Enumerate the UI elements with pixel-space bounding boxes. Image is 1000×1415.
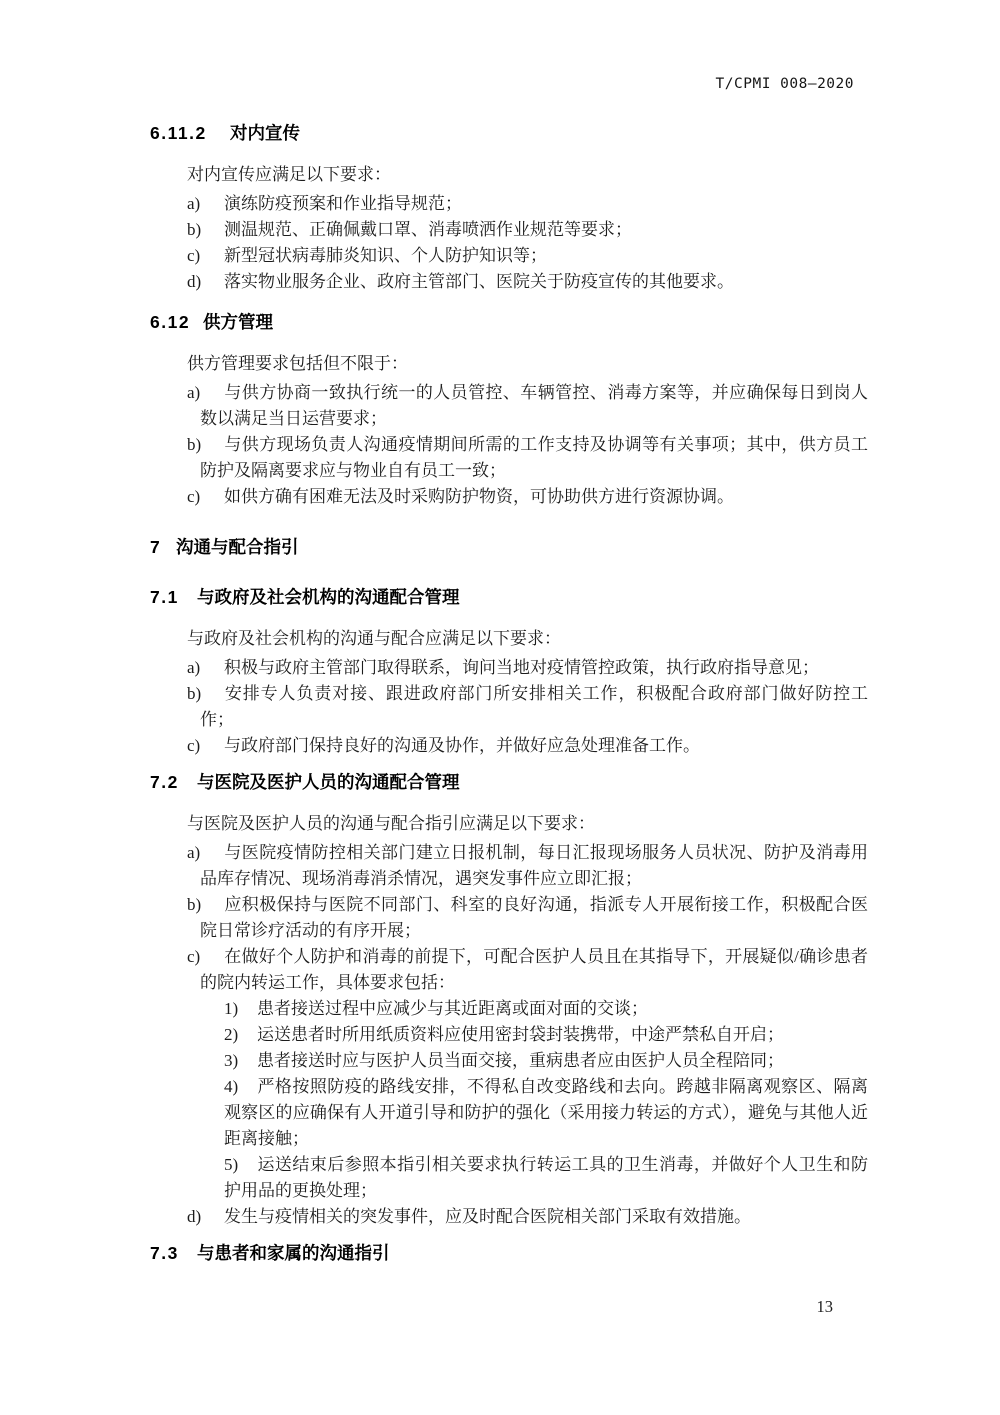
list-item: c)在做好个人防护和消毒的前提下，可配合医护人员且在其指导下，开展疑似/确诊患者… — [200, 944, 868, 996]
document-page: T/CPMI 008—2020 6.11.2对内宣传 对内宣传应满足以下要求： … — [0, 0, 1000, 1415]
section-intro-7-1: 与政府及社会机构的沟通与配合应满足以下要求： — [187, 626, 868, 652]
item-label: a) — [187, 191, 224, 217]
item-text: 发生与疫情相关的突发事件，应及时配合医院相关部门采取有效措施。 — [224, 1207, 751, 1226]
item-text: 积极与政府主管部门取得联系，询问当地对疫情管控政策，执行政府指导意见； — [224, 658, 819, 677]
document-header: T/CPMI 008—2020 — [150, 74, 868, 94]
item-text: 应积极保持与医院不同部门、科室的良好沟通，指派专人开展衔接工作，积极配合医院日常… — [200, 895, 868, 940]
section-heading-7-2: 7.2与医院及医护人员的沟通配合管理 — [150, 771, 868, 793]
item-text: 与政府部门保持良好的沟通及协作，并做好应急处理准备工作。 — [224, 736, 700, 755]
section-number: 7.1 — [150, 586, 197, 608]
list-item: b)安排专人负责对接、跟进政府部门所安排相关工作，积极配合政府部门做好防控工作； — [200, 681, 868, 733]
list-item: d)发生与疫情相关的突发事件，应及时配合医院相关部门采取有效措施。 — [200, 1204, 868, 1230]
section-title: 供方管理 — [203, 312, 273, 332]
list-7-1: a)积极与政府主管部门取得联系，询问当地对疫情管控政策，执行政府指导意见； b)… — [150, 655, 868, 759]
list-6-11-2: a)演练防疫预案和作业指导规范； b)测温规范、正确佩戴口罩、消毒喷洒作业规范等… — [150, 191, 868, 295]
list-item: b)测温规范、正确佩戴口罩、消毒喷洒作业规范等要求； — [200, 217, 868, 243]
item-text: 与医院疫情防控相关部门建立日报机制，每日汇报现场服务人员状况、防护及消毒用品库存… — [200, 843, 868, 888]
page-number-value: 13 — [817, 1297, 834, 1316]
item-text: 与供方现场负责人沟通疫情期间所需的工作支持及协调等有关事项；其中，供方员工防护及… — [200, 435, 868, 480]
sublist-item: 1)患者接送过程中应减少与其近距离或面对面的交谈； — [224, 996, 868, 1022]
subitem-text: 严格按照防疫的路线安排，不得私自改变路线和去向。跨越非隔离观察区、隔离观察区的应… — [224, 1077, 868, 1148]
list-item: a)积极与政府主管部门取得联系，询问当地对疫情管控政策，执行政府指导意见； — [200, 655, 868, 681]
list-6-12: a)与供方协商一致执行统一的人员管控、车辆管控、消毒方案等，并应确保每日到岗人数… — [150, 380, 868, 510]
section-title: 与患者和家属的沟通指引 — [197, 1243, 390, 1263]
item-text: 与供方协商一致执行统一的人员管控、车辆管控、消毒方案等，并应确保每日到岗人数以满… — [200, 383, 868, 428]
section-title: 与医院及医护人员的沟通配合管理 — [197, 772, 460, 792]
section-number: 7.3 — [150, 1242, 197, 1264]
subitem-label: 4) — [224, 1074, 257, 1100]
item-label: d) — [187, 269, 224, 295]
doc-code: T/CPMI 008—2020 — [716, 76, 854, 92]
subitem-text: 患者接送时应与医护人员当面交接，重病患者应由医护人员全程陪同； — [257, 1051, 784, 1070]
item-text: 新型冠状病毒肺炎知识、个人防护知识等； — [224, 246, 547, 265]
item-label: a) — [187, 840, 224, 866]
section-heading-6-11-2: 6.11.2对内宣传 — [150, 122, 868, 144]
item-label: d) — [187, 1204, 224, 1230]
list-item: b)与供方现场负责人沟通疫情期间所需的工作支持及协调等有关事项；其中，供方员工防… — [200, 432, 868, 484]
item-text: 测温规范、正确佩戴口罩、消毒喷洒作业规范等要求； — [224, 220, 632, 239]
sublist-item: 4)严格按照防疫的路线安排，不得私自改变路线和去向。跨越非隔离观察区、隔离观察区… — [224, 1074, 868, 1152]
section-heading-6-12: 6.12供方管理 — [150, 311, 868, 333]
list-item: c)与政府部门保持良好的沟通及协作，并做好应急处理准备工作。 — [200, 733, 868, 759]
list-item: b)应积极保持与医院不同部门、科室的良好沟通，指派专人开展衔接工作，积极配合医院… — [200, 892, 868, 944]
sublist-item: 2)运送患者时所用纸质资料应使用密封袋封装携带，中途严禁私自开启； — [224, 1022, 868, 1048]
sublist-item: 3)患者接送时应与医护人员当面交接，重病患者应由医护人员全程陪同； — [224, 1048, 868, 1074]
item-label: b) — [187, 681, 224, 707]
subitem-label: 2) — [224, 1022, 257, 1048]
sublist-7-2-c: 1)患者接送过程中应减少与其近距离或面对面的交谈； 2)运送患者时所用纸质资料应… — [150, 996, 868, 1204]
item-text: 在做好个人防护和消毒的前提下，可配合医护人员且在其指导下，开展疑似/确诊患者的院… — [200, 947, 868, 992]
item-label: c) — [187, 733, 224, 759]
subitem-text: 运送结束后参照本指引相关要求执行转运工具的卫生消毒，并做好个人卫生和防护用品的更… — [224, 1155, 868, 1200]
section-title: 与政府及社会机构的沟通配合管理 — [197, 587, 460, 607]
subitem-label: 5) — [224, 1152, 257, 1178]
list-item: d)落实物业服务企业、政府主管部门、医院关于防疫宣传的其他要求。 — [200, 269, 868, 295]
item-label: b) — [187, 217, 224, 243]
chapter-heading-7: 7沟通与配合指引 — [150, 536, 868, 558]
section-intro-6-12: 供方管理要求包括但不限于： — [187, 351, 868, 377]
subitem-label: 3) — [224, 1048, 257, 1074]
item-text: 安排专人负责对接、跟进政府部门所安排相关工作，积极配合政府部门做好防控工作； — [200, 684, 868, 729]
item-text: 如供方确有困难无法及时采购防护物资，可协助供方进行资源协调。 — [224, 487, 734, 506]
list-7-2: a)与医院疫情防控相关部门建立日报机制，每日汇报现场服务人员状况、防护及消毒用品… — [150, 840, 868, 1230]
section-number: 6.11.2 — [150, 122, 230, 144]
section-number: 7 — [150, 536, 176, 558]
item-label: b) — [187, 432, 224, 458]
item-text: 落实物业服务企业、政府主管部门、医院关于防疫宣传的其他要求。 — [224, 272, 734, 291]
section-number: 7.2 — [150, 771, 197, 793]
subitem-text: 患者接送过程中应减少与其近距离或面对面的交谈； — [257, 999, 648, 1018]
subitem-label: 1) — [224, 996, 257, 1022]
section-title: 对内宣传 — [230, 123, 300, 143]
section-title: 沟通与配合指引 — [176, 537, 299, 557]
page-content: T/CPMI 008—2020 6.11.2对内宣传 对内宣传应满足以下要求： … — [150, 74, 868, 1317]
section-heading-7-3: 7.3与患者和家属的沟通指引 — [150, 1242, 868, 1264]
section-intro-7-2: 与医院及医护人员的沟通与配合指引应满足以下要求： — [187, 811, 868, 837]
list-item: c)新型冠状病毒肺炎知识、个人防护知识等； — [200, 243, 868, 269]
item-label: c) — [187, 944, 224, 970]
sublist-item: 5)运送结束后参照本指引相关要求执行转运工具的卫生消毒，并做好个人卫生和防护用品… — [224, 1152, 868, 1204]
item-label: b) — [187, 892, 224, 918]
item-label: a) — [187, 380, 224, 406]
section-intro-6-11-2: 对内宣传应满足以下要求： — [187, 162, 868, 188]
item-text: 演练防疫预案和作业指导规范； — [224, 194, 462, 213]
item-label: a) — [187, 655, 224, 681]
page-number: 13 — [150, 1297, 868, 1317]
list-item: a)演练防疫预案和作业指导规范； — [200, 191, 868, 217]
list-item: c)如供方确有困难无法及时采购防护物资，可协助供方进行资源协调。 — [200, 484, 868, 510]
section-number: 6.12 — [150, 311, 203, 333]
subitem-text: 运送患者时所用纸质资料应使用密封袋封装携带，中途严禁私自开启； — [257, 1025, 784, 1044]
item-label: c) — [187, 243, 224, 269]
list-item: a)与医院疫情防控相关部门建立日报机制，每日汇报现场服务人员状况、防护及消毒用品… — [200, 840, 868, 892]
section-heading-7-1: 7.1与政府及社会机构的沟通配合管理 — [150, 586, 868, 608]
item-label: c) — [187, 484, 224, 510]
list-item: a)与供方协商一致执行统一的人员管控、车辆管控、消毒方案等，并应确保每日到岗人数… — [200, 380, 868, 432]
